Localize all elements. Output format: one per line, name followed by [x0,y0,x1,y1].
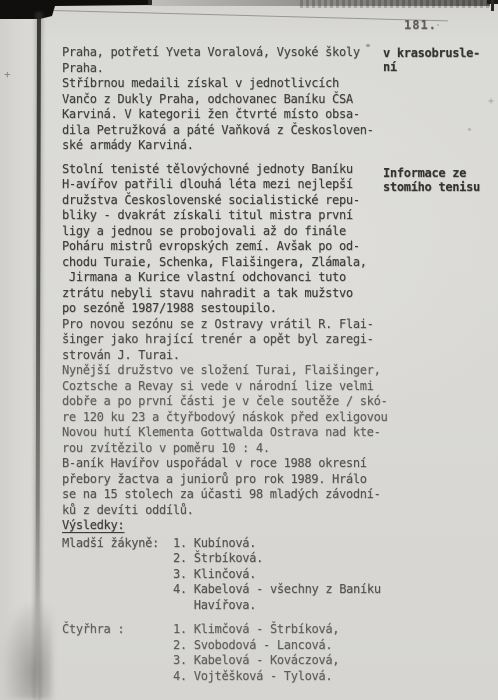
text-line: Stolní tenisté tělovýchovné jednoty Baní… [62,162,406,178]
text-line: re 120 ku 23 a čtyřbodový náskok před ex… [62,410,406,426]
text-line: 3. Kabelová - Kováczová, [173,653,406,669]
text-line: se na 15 stolech za účasti 98 mladých zá… [62,487,406,503]
page-left-shade [0,0,37,700]
results-heading-text: Výsledky: [62,518,124,534]
results-category-label: Mladší žákyně: [62,536,173,614]
text-line: 2. Štrbíková. [173,551,406,567]
text-line: Pro novou sezónu se z Ostravy vrátil R. … [62,317,406,333]
text-line: chodu Turaie, Schenka, Flaišingera, Zlám… [62,255,406,271]
scan-top-band-texture [300,0,490,8]
paragraph-table-tennis-history: Stolní tenisté tělovýchovné jednoty Baní… [62,162,406,317]
text-line: 3. Klinčová. [173,567,406,583]
cross-mark-artifact: + [488,96,494,107]
paragraph-current-team: Nynější družstvo ve složení Turai, Flaiš… [62,363,406,456]
text-line: rou zvítězilo v poměru 10 : 4. [62,441,406,457]
paragraph-youth-championships: B-aník Havířov uspořádal v roce 1988 okr… [62,456,406,518]
scanned-page: + + 181. v krasobrusle-ní Informace zest… [0,0,498,700]
text-line: 4. Kabelová - všechny z Baníku [173,582,406,598]
page-number: 181. [404,18,437,32]
text-line: ské armády Karviná. [62,138,406,154]
text-line: šinger jako hrající trenér a opět byl za… [62,332,406,348]
text-line: H-avířov patřili dlouhá léta mezi nejlep… [62,177,406,193]
text-line: ligy a jednou se probojovali až do finál… [62,224,406,240]
results-section-younger-girls: Mladší žákyně: 1. Kubínová.2. Štrbíková.… [62,536,406,614]
text-line: 1. Kubínová. [173,536,406,552]
plus-mark-artifact: + [4,68,11,81]
binding-bottom-smudge [4,605,52,700]
scan-top-edge-line [54,10,448,22]
text-line: strován J. Turai. [62,348,406,364]
text-line: Stříbrnou medaili získal v jednotlivcích [62,76,406,92]
scan-top-right-mark-vertical [491,0,494,11]
text-line: dobře a po první části je v čele soutěže… [62,394,406,410]
text-line: Poháru mistrů evropských zemí. Avšak po … [62,239,406,255]
text-line: Jirmana a Kurice vlastní odchovanci tuto [62,270,406,286]
text-line: dila Petružková a páté Vaňková z Českosl… [62,123,406,139]
text-line: Karviná. V kategorii žen čtvrté místo ob… [62,107,406,123]
results-section-doubles: Čtyřhra : 1. Klimčová - Štrbíková,2. Svo… [62,622,406,684]
paragraph-skating-praha: Praha, potřetí Yveta Voralová, Vysoké šk… [62,45,406,76]
paragraph-skating-silver-medal: Stříbrnou medaili získal v jednotlivcích… [62,76,406,154]
text-line: B-aník Havířov uspořádal v roce 1988 okr… [62,456,406,472]
text-line: 4. Vojtěšková - Tylová. [173,669,406,685]
text-line: 1. Klimčová - Štrbíková, [173,622,406,638]
paragraph-new-season: Pro novou sezónu se z Ostravy vrátil R. … [62,317,406,364]
text-line: Praha, potřetí Yveta Voralová, Vysoké šk… [62,45,406,61]
text-line: 2. Svobodová - Lancová. [173,638,406,654]
text-line: ztrátu nebyli stavu nahradit a tak mužst… [62,286,406,302]
results-category-label: Čtyřhra : [62,622,173,684]
text-line: Vančo z Dukly Praha, odchovanec Baníku Č… [62,92,406,108]
results-list-younger-girls: 1. Kubínová.2. Štrbíková.3. Klinčová.4. … [173,536,406,614]
binding-crease-line [35,12,40,700]
results-heading: Výsledky: [62,518,406,534]
text-line: Nynější družstvo ve složení Turai, Flaiš… [62,363,406,379]
text-line: Havířova. [173,598,406,614]
text-line: po sezóně 1987/1988 sestoupilo. [62,301,406,317]
text-line: bliky - dvakrát získali titul mistra prv… [62,208,406,224]
text-line: Novou hutí Klementa Gottwalda Ostrava na… [62,425,406,441]
results-list-doubles: 1. Klimčová - Štrbíková,2. Svobodová - L… [173,622,406,684]
text-line: ků z devíti oddílů. [62,503,406,519]
text-line: přebory žactva a juniorů pro rok 1989. H… [62,472,406,488]
text-line: Coztsche a Revay si vede v národní lize … [62,379,406,395]
text-line: družstva Československé socialistické re… [62,193,406,209]
scan-corner-blob [0,0,152,19]
text-line: Praha. [62,61,406,77]
ink-speck [437,24,439,26]
ink-speck [468,128,471,131]
document-body: Praha, potřetí Yveta Voralová, Vysoké šk… [62,45,406,684]
